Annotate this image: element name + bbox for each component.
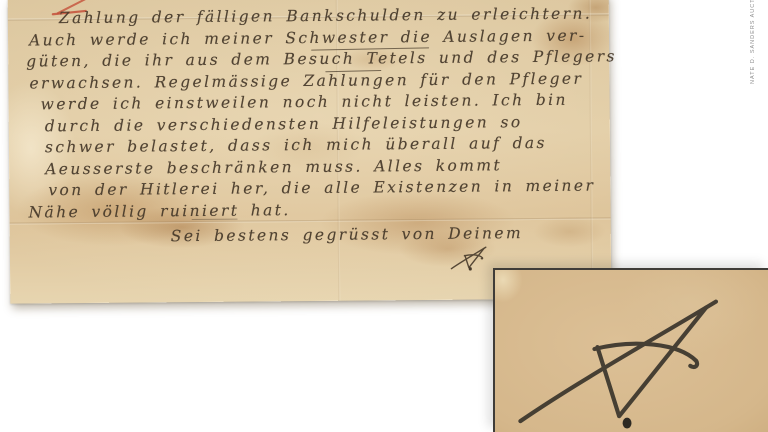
letter-line: Sei bestens gegrüsst von Deinem — [171, 222, 611, 247]
letter-body: Zahlung der fälligen Bankschulden zu erl… — [8, 0, 611, 249]
letter-photo: Zahlung der fälligen Bankschulden zu erl… — [8, 0, 612, 304]
signature-inset — [493, 268, 768, 432]
photo-credit: NATE D. SANDERS AUCTIONS — [750, 6, 756, 84]
einstein-signature — [447, 241, 495, 270]
letter-line: Nähe völlig ruiniert hat. — [28, 197, 610, 224]
news-photo: Zahlung der fälligen Bankschulden zu erl… — [0, 0, 768, 432]
einstein-signature-magnified — [495, 270, 768, 432]
